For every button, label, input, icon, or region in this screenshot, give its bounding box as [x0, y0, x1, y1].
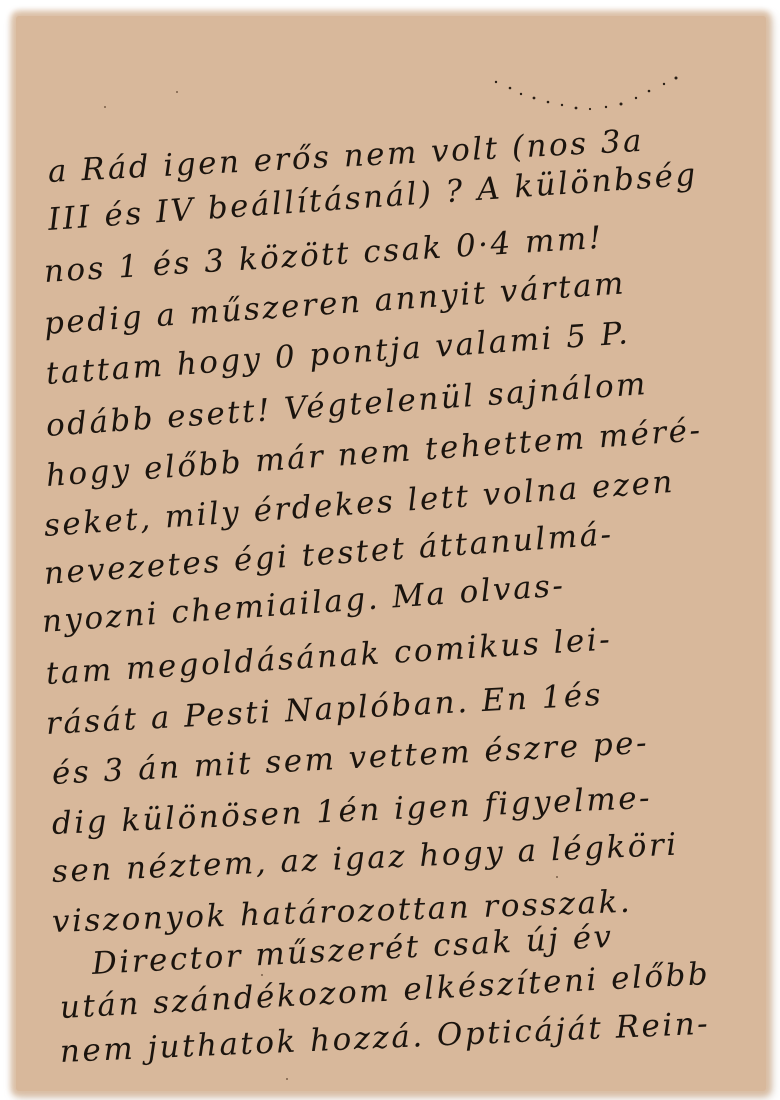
- paper-speck: [176, 91, 178, 93]
- paper-speck: [286, 1078, 288, 1080]
- faint-dotted-mark: [486, 74, 686, 122]
- paper-speck: [556, 876, 558, 878]
- paper-speck: [261, 974, 263, 976]
- letter-page: a Rád igen erős nem volt (nos 3a III és …: [16, 16, 766, 1091]
- paper-speck: [104, 106, 106, 108]
